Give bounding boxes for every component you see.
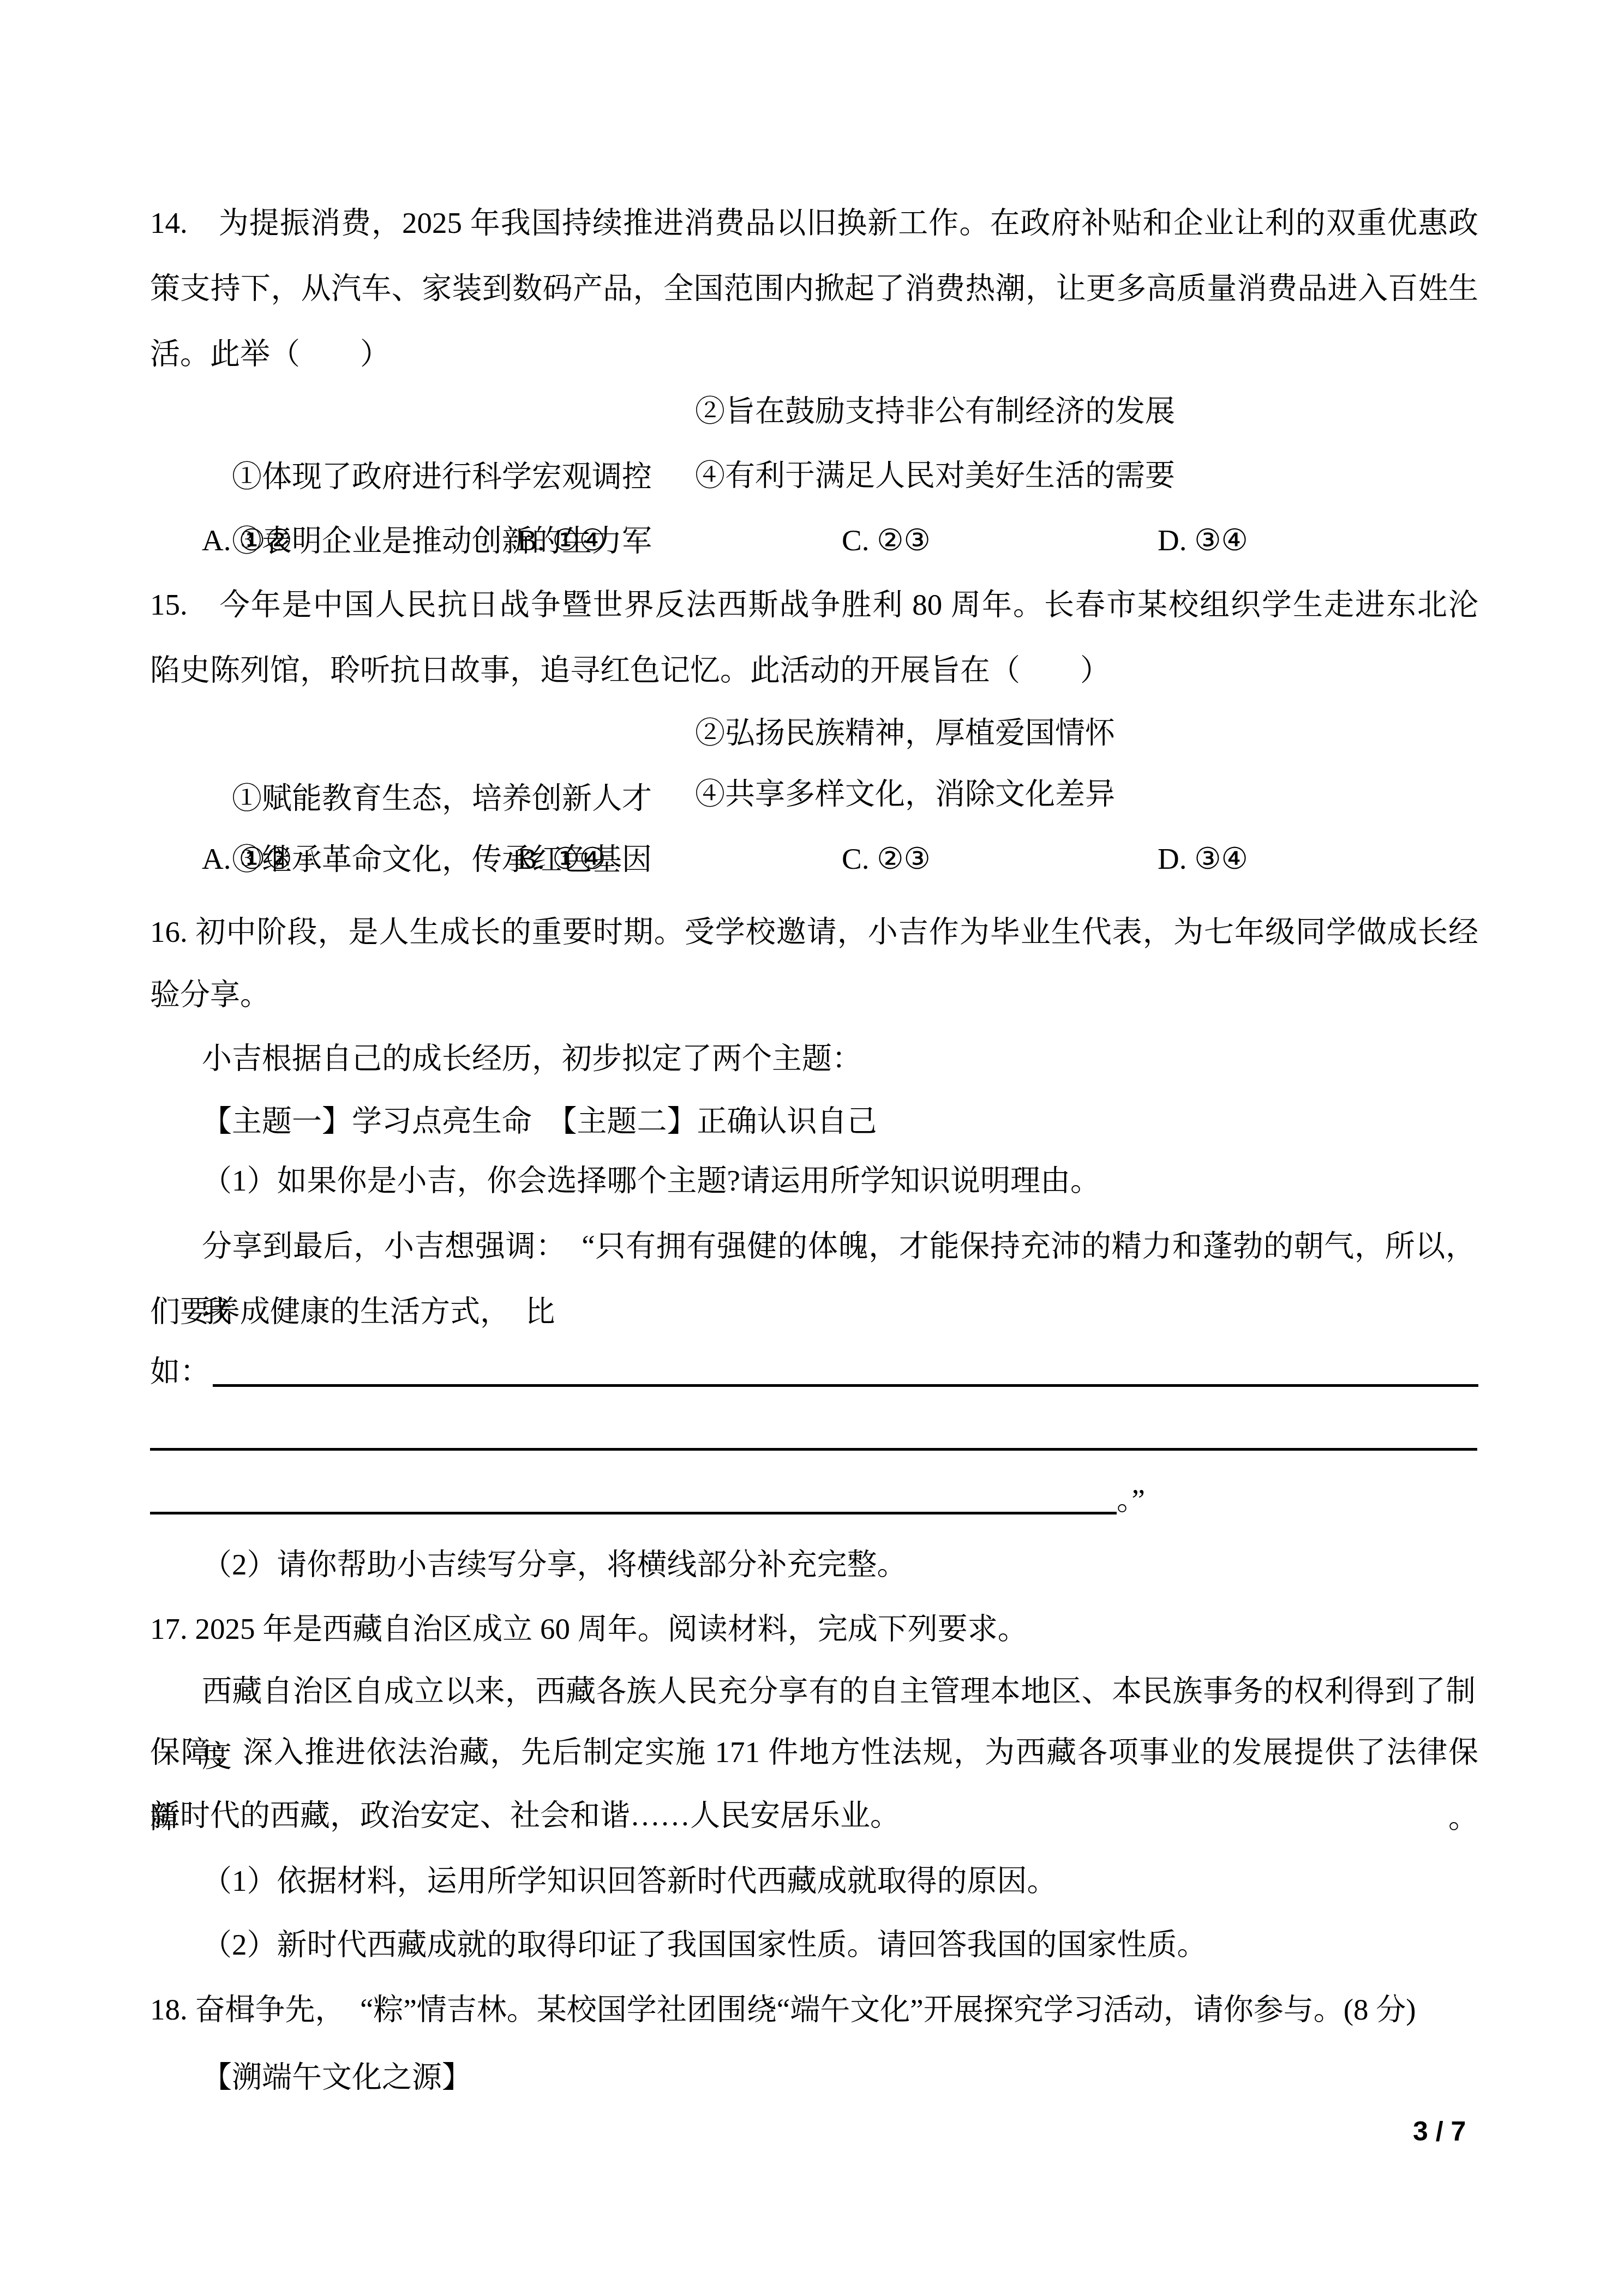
q16-part-1: （1）如果你是小吉，你会选择哪个主题?请运用所学知识说明理由。 <box>202 1148 1100 1213</box>
exam-document-page: 14. 为提振消费，2025 年我国持续推进消费品以旧换新工作。在政府补贴和企业… <box>0 0 1624 2296</box>
q15-choice-b: B. ①④ <box>517 826 606 892</box>
q15-options-row-1: ①赋能教育生态，培养创新人才 ②弘扬民族精神，厚植爱国情怀 <box>202 700 1476 766</box>
answer-blank-line-3 <box>150 1512 1117 1514</box>
q17-line-1: 17. 2025 年是西藏自治区成立 60 周年。阅读材料，完成下列要求。 <box>150 1596 1028 1662</box>
q14-option-2: ②旨在鼓励支持非公有制经济的发展 <box>695 378 1175 444</box>
q14-choice-a: A. ①② <box>202 508 292 573</box>
q18-section-header: 【溯端午文化之源】 <box>202 2045 472 2110</box>
q14-option-4: ④有利于满足人民对美好生活的需要 <box>695 443 1175 508</box>
q16-quote-line-2: 们要养成健康的生活方式， 比 <box>150 1279 555 1344</box>
q18-line-1: 18. 奋楫争先， “粽”情吉林。某校国学社团围绕“端午文化”开展探究学习活动，… <box>150 1977 1416 2042</box>
q17-material-line-2: 保障；深入推进依法治藏，先后制定实施 171 件地方性法规，为西藏各项事业的发展… <box>150 1720 1478 1785</box>
q16-quote-line-1: 分享到最后，小吉想强调： “只有拥有强健的体魄，才能保持充沛的精力和蓬勃的朝气，… <box>202 1213 1476 1279</box>
q17-material-line-3: 新时代的西藏，政治安定、社会和谐……人民安居乐业。 <box>150 1783 900 1848</box>
q15-option-4: ④共享多样文化，消除文化差异 <box>695 761 1115 827</box>
q15-answer-choices-row: A. ①② B. ①④ C. ②③ D. ③④ <box>202 826 1476 892</box>
q15-line-1: 15. 今年是中国人民抗日战争暨世界反法西斯战争胜利 80 周年。长春市某校组织… <box>150 572 1478 638</box>
q14-options-row-2: ③表明企业是推动创新的生力军 ④有利于满足人民对美好生活的需要 <box>202 443 1476 508</box>
q16-blank-suffix: 。” <box>1117 1467 1145 1532</box>
q15-choice-a: A. ①② <box>202 826 292 892</box>
q15-choice-d: D. ③④ <box>1158 826 1248 892</box>
q16-line-1: 16. 初中阶段，是人生成长的重要时期。受学校邀请，小吉作为毕业生代表，为七年级… <box>150 899 1478 965</box>
q17-part-2: （2）新时代西藏成就的取得印证了我国国家性质。请回答我国的国家性质。 <box>202 1912 1207 1978</box>
q15-line-2: 陷史陈列馆，聆听抗日故事，追寻红色记忆。此活动的开展旨在（ ） <box>150 638 1110 703</box>
q14-line-1: 14. 为提振消费，2025 年我国持续推进消费品以旧换新工作。在政府补贴和企业… <box>150 190 1478 256</box>
q14-line-2: 策支持下，从汽车、家装到数码产品，全国范围内掀起了消费热潮，让更多高质量消费品进… <box>150 256 1478 321</box>
q16-line-2: 验分享。 <box>150 962 270 1027</box>
q16-themes: 【主题一】学习点亮生命 【主题二】正确认识自己 <box>202 1089 877 1154</box>
q14-choice-b: B. ①④ <box>517 508 606 573</box>
q17-material-line-1: 西藏自治区自成立以来，西藏各族人民充分享有的自主管理本地区、本民族事务的权利得到… <box>202 1658 1476 1724</box>
q14-answer-choices-row: A. ①② B. ①④ C. ②③ D. ③④ <box>202 508 1476 573</box>
q14-options-row-1: ①体现了政府进行科学宏观调控 ②旨在鼓励支持非公有制经济的发展 <box>202 378 1476 444</box>
q16-blank-prefix: 如： <box>150 1339 210 1404</box>
q17-part-1: （1）依据材料，运用所学知识回答新时代西藏成就取得的原因。 <box>202 1848 1057 1914</box>
q15-choice-c: C. ②③ <box>842 826 931 892</box>
page-number: 3 / 7 <box>1413 2115 1466 2148</box>
q15-option-2: ②弘扬民族精神，厚植爱国情怀 <box>695 700 1115 766</box>
answer-blank-line-2 <box>150 1448 1477 1451</box>
q16-part-2: （2）请你帮助小吉续写分享，将横线部分补充完整。 <box>202 1532 907 1597</box>
answer-blank-line-1 <box>213 1384 1478 1387</box>
q16-themes-intro: 小吉根据自己的成长经历，初步拟定了两个主题： <box>202 1026 862 1091</box>
q14-choice-c: C. ②③ <box>842 508 931 573</box>
q15-options-row-2: ③继承革命文化，传承红色基因 ④共享多样文化，消除文化差异 <box>202 761 1476 827</box>
q14-line-3: 活。此举（ ） <box>150 321 390 387</box>
q14-choice-d: D. ③④ <box>1158 508 1248 573</box>
